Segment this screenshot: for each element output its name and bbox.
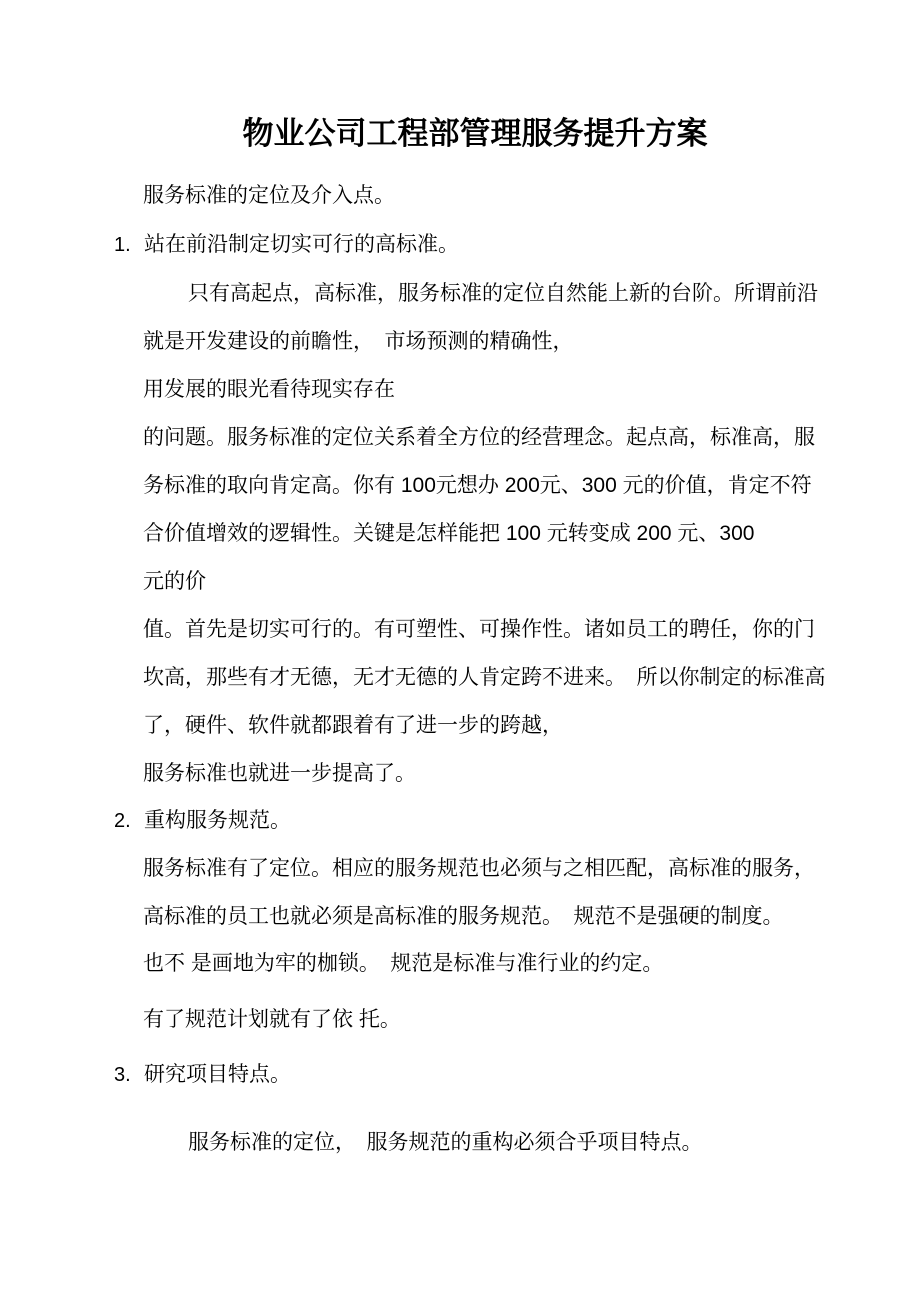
paragraph-line: 有了规范计划就有了依 托。 (143, 1007, 401, 1033)
paragraph-line: 值。首先是切实可行的。有可塑性、可操作性。诸如员工的聘任，你的门 (143, 617, 815, 643)
list-item-heading-3: 研究项目特点。 (144, 1062, 291, 1088)
list-item-heading-2: 重构服务规范。 (144, 808, 291, 834)
paragraph-line: 也不 是画地为牢的枷锁。 规范是标准与准行业的约定。 (143, 951, 663, 977)
document-title: 物业公司工程部管理服务提升方案 (15, 108, 920, 153)
list-number-3: 3. (114, 1062, 131, 1088)
paragraph-line: 服务标准也就进一步提高了。 (143, 761, 416, 787)
paragraph-line: 服务标准的定位， 服务规范的重构必须合乎项目特点。 (188, 1130, 703, 1156)
paragraph-line: 务标准的取向肯定高。你有 100元想办 200元、300 元的价值，肯定不符 (143, 473, 812, 499)
paragraph-line: 服务标准有了定位。相应的服务规范也必须与之相匹配，高标准的服务， (143, 856, 815, 882)
list-number-2: 2. (114, 808, 131, 834)
paragraph-line: 合价值增效的逻辑性。关键是怎样能把 100 元转变成 200 元、300 (143, 521, 754, 547)
list-item-heading-1: 站在前沿制定切实可行的高标准。 (144, 232, 459, 258)
paragraph-line: 就是开发建设的前瞻性， 市场预测的精确性， (143, 329, 574, 355)
paragraph-line: 只有高起点，高标准，服务标准的定位自然能上新的台阶。所谓前沿 (188, 281, 818, 307)
paragraph-line: 了，硬件、软件就都跟着有了进一步的跨越， (143, 713, 563, 739)
paragraph-line: 的问题。服务标准的定位关系着全方位的经营理念。起点高，标准高，服 (143, 425, 815, 451)
document-page: 物业公司工程部管理服务提升方案 服务标准的定位及介入点。 1. 站在前沿制定切实… (0, 0, 920, 1303)
paragraph-line: 用发展的眼光看待现实存在 (143, 377, 395, 403)
intro-line: 服务标准的定位及介入点。 (143, 183, 395, 209)
list-number-1: 1. (114, 232, 131, 258)
paragraph-line: 高标准的员工也就必须是高标准的服务规范。 规范不是强硬的制度。 (143, 904, 784, 930)
paragraph-line: 坎高，那些有才无德，无才无德的人肯定跨不进来。 所以你制定的标准高 (143, 665, 826, 691)
paragraph-line: 元的价 (143, 569, 206, 595)
